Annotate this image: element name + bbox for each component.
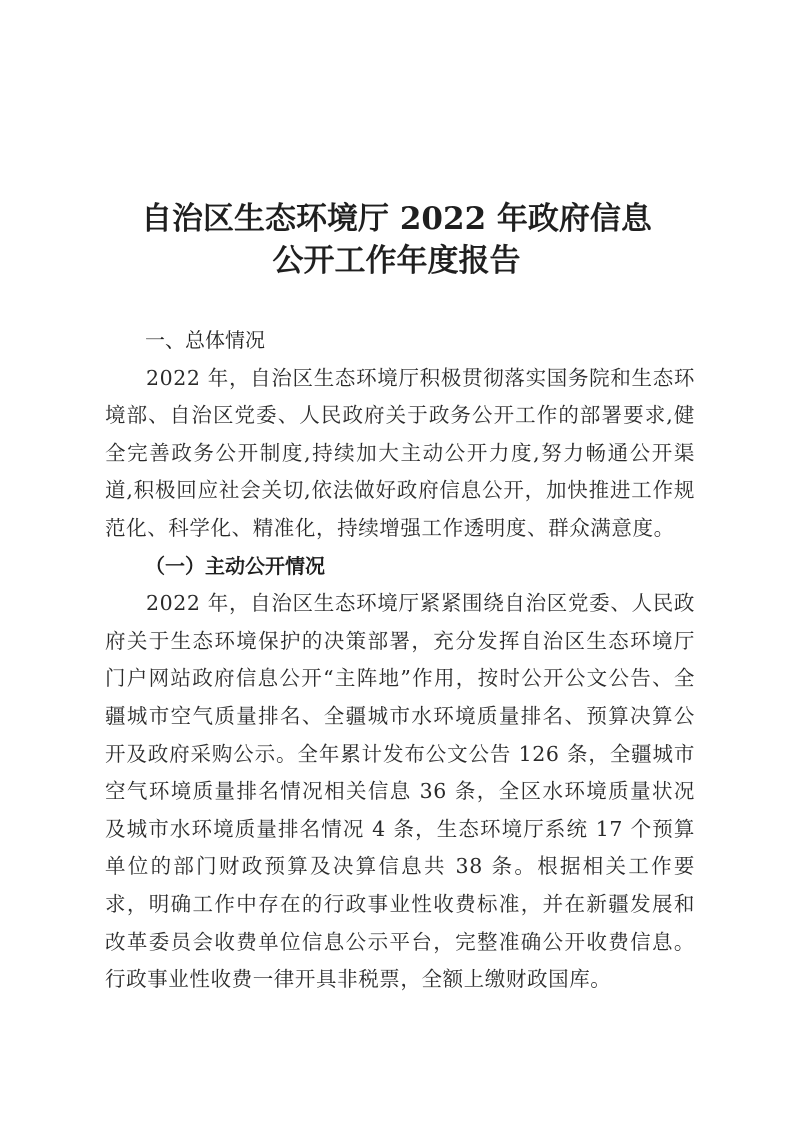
title-line-1: 自治区生态环境厅 2022 年政府信息 [0,198,793,240]
subsection-heading-proactive-disclosure: （一）主动公开情况 [105,548,695,586]
section-heading-overview: 一、总体情况 [105,322,695,360]
document-title: 自治区生态环境厅 2022 年政府信息 公开工作年度报告 [0,198,793,282]
document-page: 自治区生态环境厅 2022 年政府信息 公开工作年度报告 一、总体情况 2022… [0,0,793,1122]
title-line-2: 公开工作年度报告 [0,240,793,282]
overview-paragraph: 2022 年，自治区生态环境厅积极贯彻落实国务院和生态环境部、自治区党委、人民政… [105,360,695,548]
document-body: 一、总体情况 2022 年，自治区生态环境厅积极贯彻落实国务院和生态环境部、自治… [105,322,695,999]
proactive-disclosure-paragraph: 2022 年，自治区生态环境厅紧紧围绕自治区党委、人民政府关于生态环境保护的决策… [105,585,695,999]
